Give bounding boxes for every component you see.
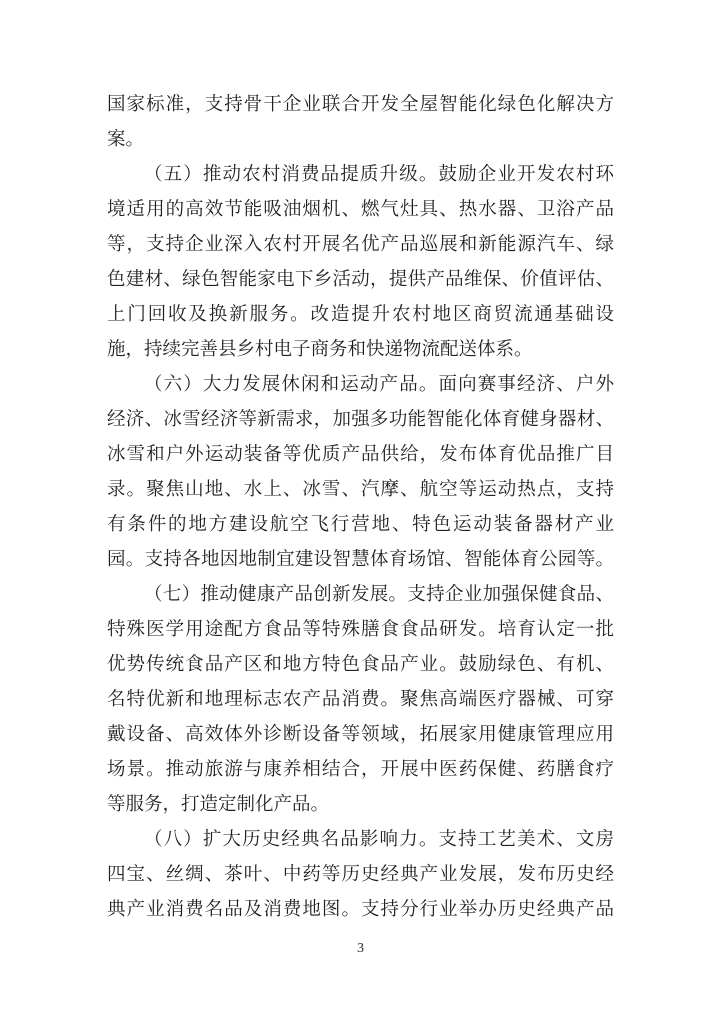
text-line: 境适用的高效节能吸油烟机、燃气灶具、热水器、卫浴产品 [107,193,614,228]
text-line: 场景。推动旅游与康养相结合，开展中医药保健、药膳食疗 [107,753,614,788]
text-line: 四宝、丝绸、茶叶、中药等历史经典产业发展，发布历史经 [107,858,614,893]
text-line: 色建材、绿色智能家电下乡活动，提供产品维保、价值评估、 [107,263,614,298]
text-line: 国家标准，支持骨干企业联合开发全屋智能化绿色化解决方 [107,88,614,123]
text-block: 国家标准，支持骨干企业联合开发全屋智能化绿色化解决方 案。 （五）推动农村消费品… [107,88,614,928]
text-line: 案。 [107,123,614,158]
text-line: 上门回收及换新服务。改造提升农村地区商贸流通基础设 [107,298,614,333]
text-line: （八）扩大历史经典名品影响力。支持工艺美术、文房 [107,823,614,858]
text-line: 名特优新和地理标志农产品消费。聚焦高端医疗器械、可穿 [107,683,614,718]
text-line: 优势传统食品产区和地方特色食品产业。鼓励绿色、有机、 [107,648,614,683]
text-line: 特殊医学用途配方食品等特殊膳食食品研发。培育认定一批 [107,613,614,648]
document-page: 国家标准，支持骨干企业联合开发全屋智能化绿色化解决方 案。 （五）推动农村消费品… [0,0,720,1018]
text-line: 典产业消费名品及消费地图。支持分行业举办历史经典产品 [107,893,614,928]
text-line: （五）推动农村消费品提质升级。鼓励企业开发农村环 [107,158,614,193]
text-line: 录。聚焦山地、水上、冰雪、汽摩、航空等运动热点，支持 [107,473,614,508]
text-line: （六）大力发展休闲和运动产品。面向赛事经济、户外 [107,368,614,403]
text-line: （七）推动健康产品创新发展。支持企业加强保健食品、 [107,578,614,613]
text-line: 有条件的地方建设航空飞行营地、特色运动装备器材产业 [107,508,614,543]
text-line: 等，支持企业深入农村开展名优产品巡展和新能源汽车、绿 [107,228,614,263]
text-line: 经济、冰雪经济等新需求，加强多功能智能化体育健身器材、 [107,403,614,438]
text-line: 施，持续完善县乡村电子商务和快递物流配送体系。 [107,333,614,368]
text-line: 园。支持各地因地制宜建设智慧体育场馆、智能体育公园等。 [107,543,614,578]
page-footer: 3 [107,938,614,960]
text-line: 戴设备、高效体外诊断设备等领域，拓展家用健康管理应用 [107,718,614,753]
text-line: 冰雪和户外运动装备等优质产品供给，发布体育优品推广目 [107,438,614,473]
page-number: 3 [357,941,364,956]
text-line: 等服务，打造定制化产品。 [107,788,614,823]
